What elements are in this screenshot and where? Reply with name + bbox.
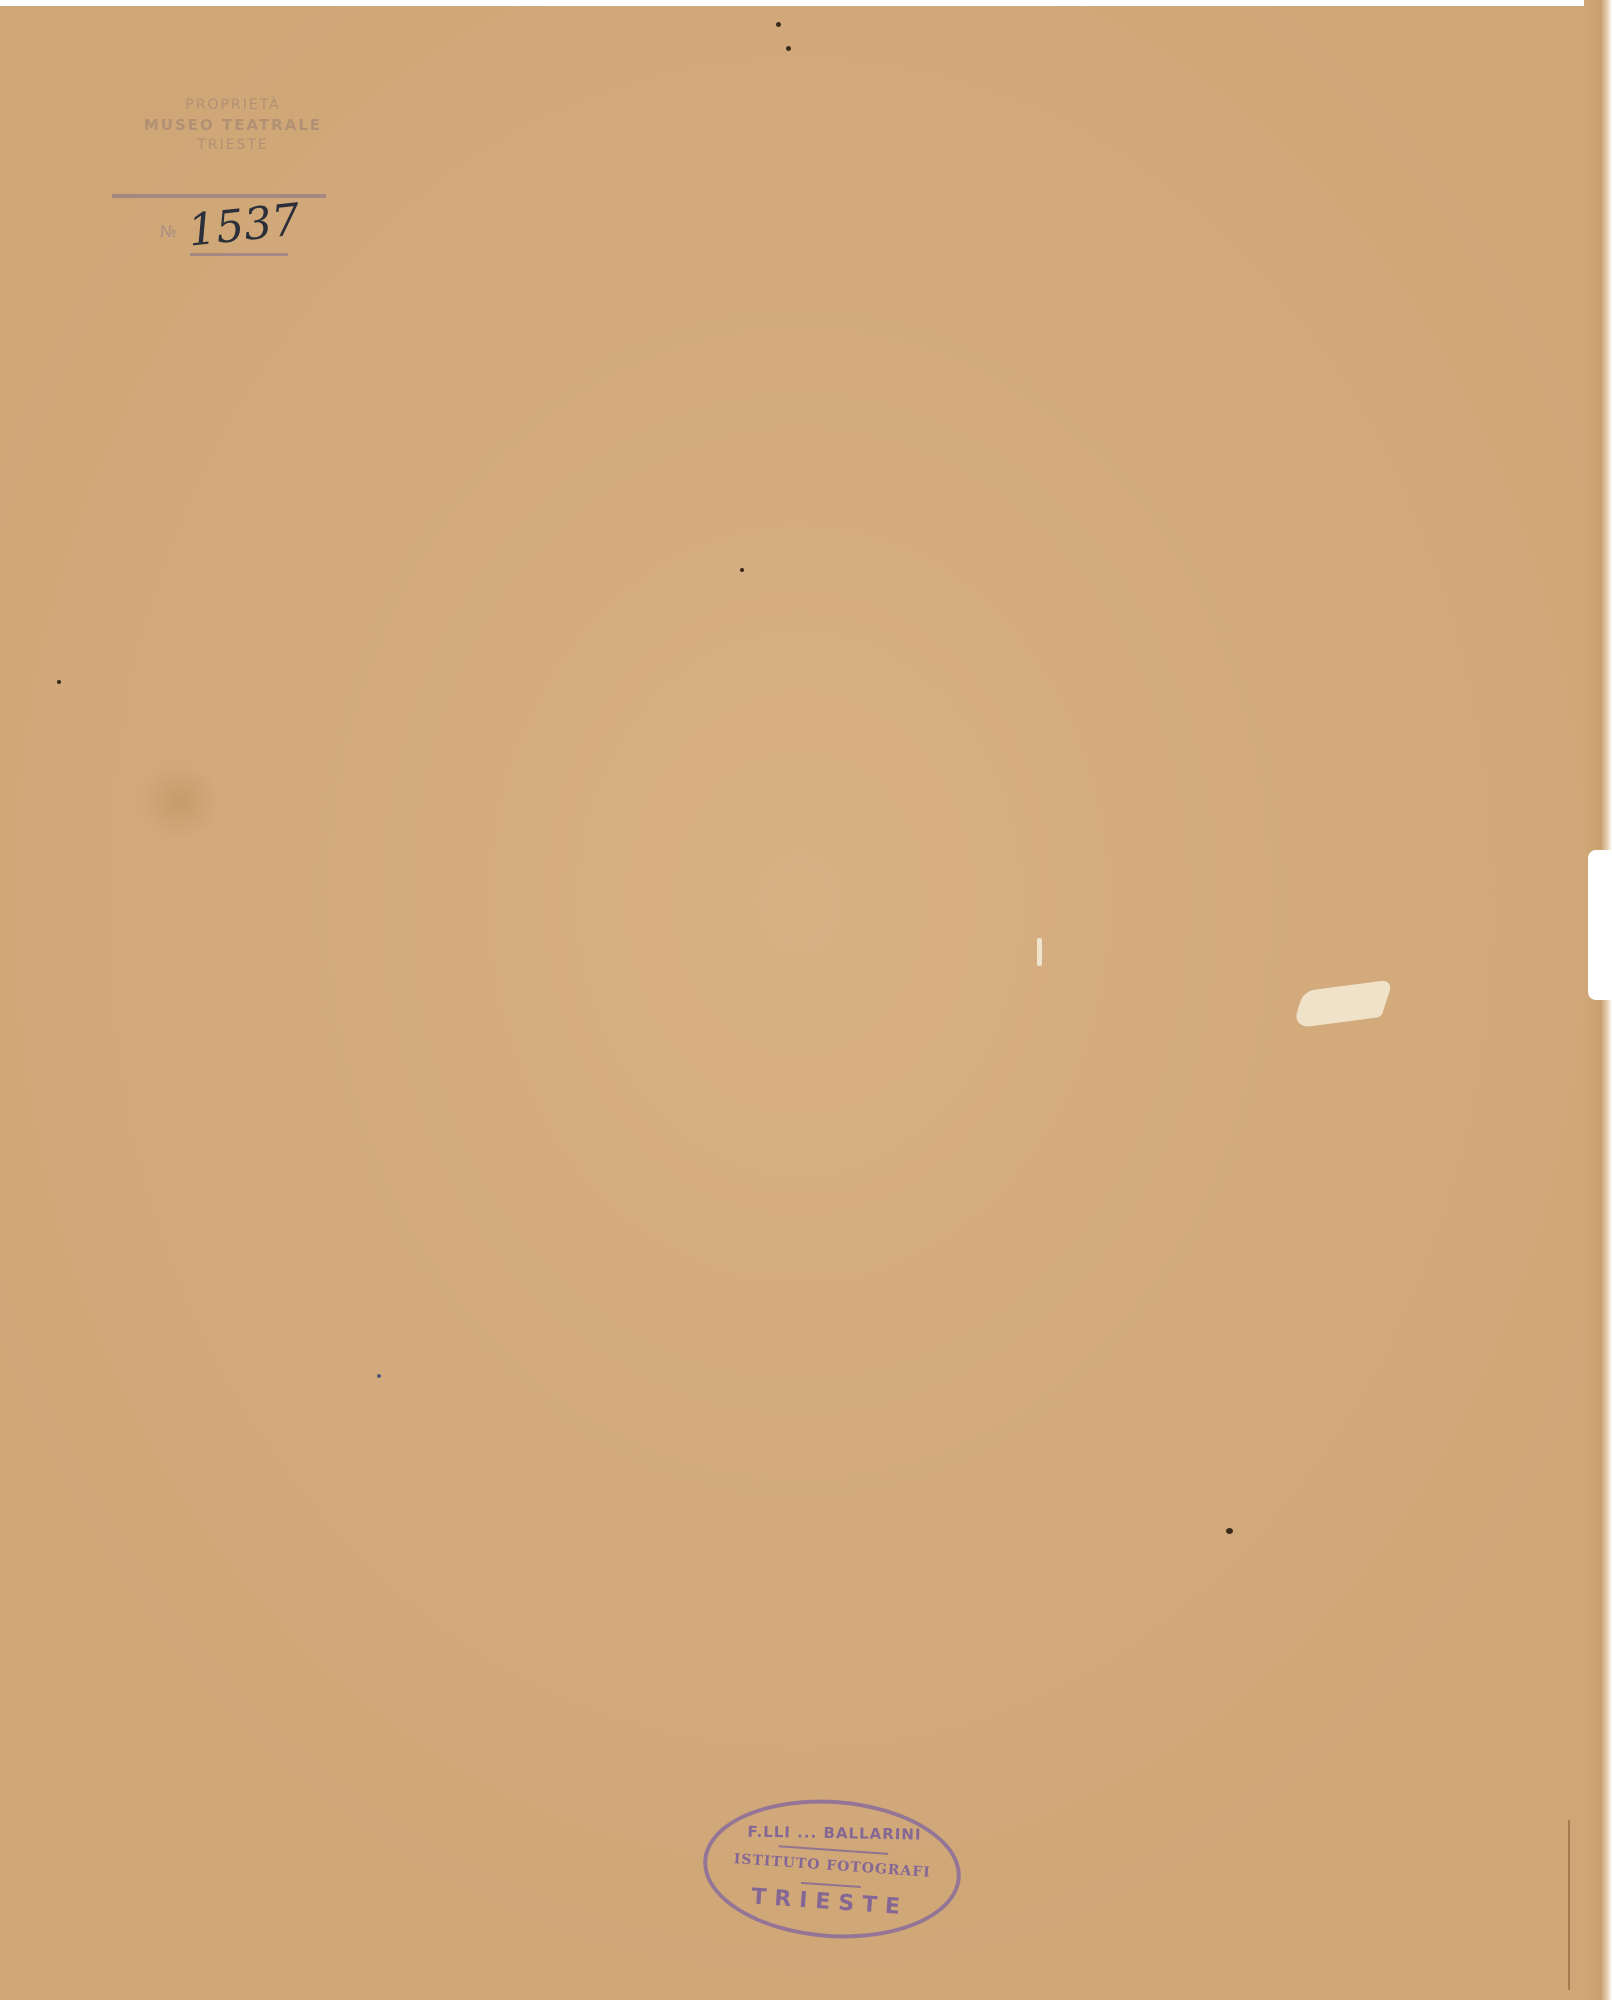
paper-right-edge	[1584, 0, 1612, 2000]
oval-stamp-top-text: F.LLI ... BALLARINI	[739, 1822, 929, 1843]
oval-stamp-city: TRIESTE	[734, 1883, 925, 1921]
stamp-line-2: MUSEO TEATRALE	[118, 115, 348, 135]
stamp-line-3: TRIESTE	[118, 135, 348, 155]
edge-notch	[1588, 850, 1612, 1000]
speck	[377, 1374, 381, 1378]
speck	[740, 568, 744, 572]
number-underline	[190, 253, 288, 256]
oval-stamp-middle-text: ISTITUTO FOTOGRAFI	[727, 1851, 938, 1882]
number-prefix: №	[160, 222, 177, 241]
speck	[1226, 1528, 1233, 1534]
museum-ownership-stamp: PROPRIETÀ MUSEO TEATRALE TRIESTE	[118, 95, 348, 155]
paper-scratch	[1037, 938, 1042, 966]
speck	[57, 680, 61, 684]
speck	[786, 46, 791, 51]
speck	[776, 22, 781, 27]
stamp-line-1: PROPRIETÀ	[118, 95, 348, 115]
oval-stamp-divider	[801, 1882, 861, 1888]
edge-crease	[1568, 1820, 1570, 1990]
oval-stamp-divider	[778, 1845, 888, 1855]
